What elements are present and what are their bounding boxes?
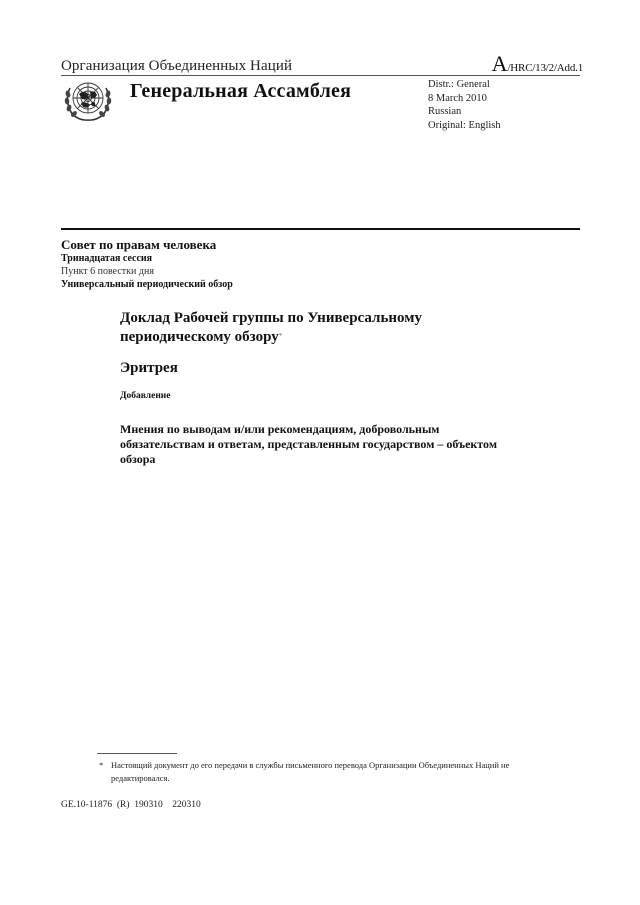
footnote-separator (97, 753, 177, 754)
distribution-line: Distr.: General (428, 78, 501, 92)
session-label: Тринадцатая сессия (61, 253, 152, 264)
document-symbol-prefix: A (492, 51, 508, 76)
header-rule (61, 75, 580, 76)
footnote: * Настоящий документ до его передачи в с… (111, 759, 521, 785)
council-name: Совет по правам человека (61, 237, 216, 253)
agenda-item: Пункт 6 повестки дня (61, 266, 154, 277)
distribution-block: Distr.: General 8 March 2010 Russian Ori… (428, 78, 501, 132)
document-title-text: Доклад Рабочей группы по Универсальному … (120, 310, 422, 345)
footnote-text: Настоящий документ до его передачи в слу… (111, 760, 509, 783)
job-number: GE.10-11876 (R) 190310 220310 (61, 800, 201, 810)
document-symbol-rest: /HRC/13/2/Add.1 (507, 62, 583, 74)
document-language: Russian (428, 105, 501, 119)
title-footnote-mark[interactable]: * (279, 332, 283, 340)
original-language: Original: English (428, 119, 501, 133)
footnote-mark: * (99, 759, 103, 772)
organization-name: Организация Объединенных Наций (61, 58, 292, 75)
addendum-label: Добавление (120, 391, 171, 401)
body-name: Генеральная Ассамблея (130, 80, 351, 103)
country-name: Эритрея (120, 360, 178, 377)
document-symbol: A/HRC/13/2/Add.1 (492, 54, 583, 76)
un-emblem-icon (62, 78, 114, 122)
document-subtitle: Мнения по выводам и/или рекомендациям, д… (120, 422, 505, 467)
review-label: Универсальный периодический обзор (61, 279, 233, 290)
header-thick-rule (61, 228, 580, 230)
document-date: 8 March 2010 (428, 92, 501, 106)
document-title: Доклад Рабочей группы по Универсальному … (120, 309, 500, 346)
